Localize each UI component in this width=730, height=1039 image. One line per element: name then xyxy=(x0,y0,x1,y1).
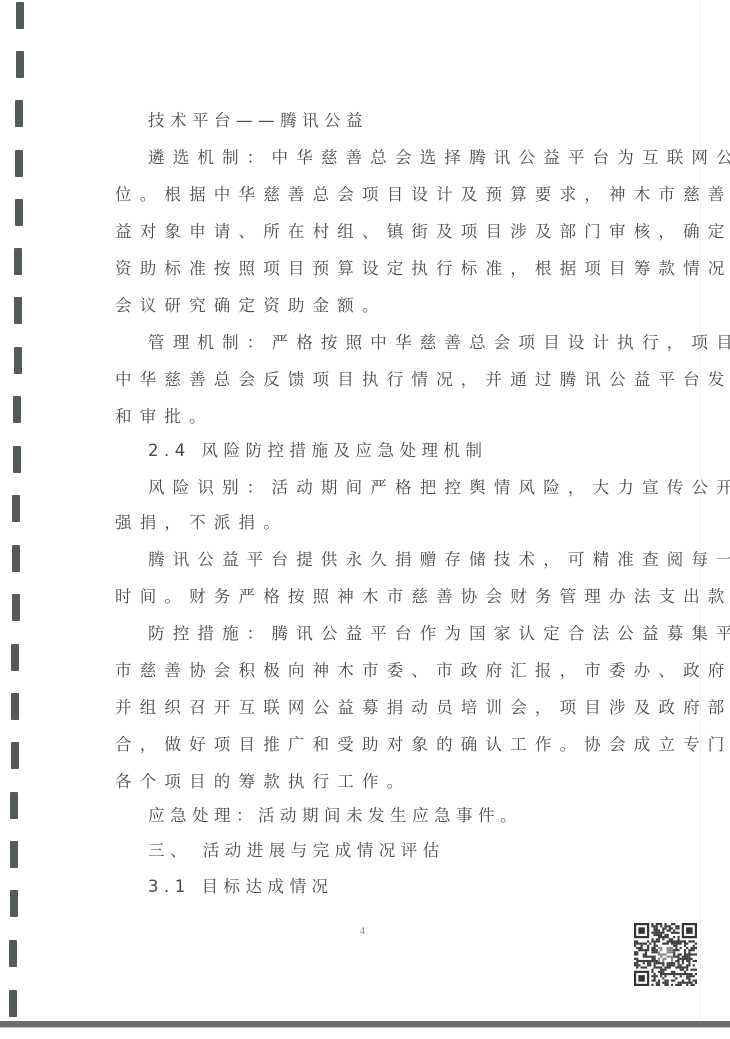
section-heading: 2.4 风险防控措施及应急处理机制 xyxy=(148,440,488,462)
binding-hole-mark xyxy=(14,297,22,324)
binding-hole-mark xyxy=(16,51,24,78)
binding-hole-mark xyxy=(16,2,24,29)
paragraph-line: 并组织召开互联网公益募捐动员培训会，项目涉及政府部门积极配 xyxy=(115,697,730,719)
paragraph-line: 各个项目的筹款执行工作。 xyxy=(115,771,411,793)
binding-hole-mark xyxy=(9,940,17,967)
qr-code xyxy=(634,923,697,986)
binding-hole-mark xyxy=(15,100,23,127)
binding-hole-mark xyxy=(11,742,19,769)
page-number: 4 xyxy=(360,926,365,937)
binding-hole-mark xyxy=(11,693,19,720)
binding-hole-mark xyxy=(13,396,21,423)
binding-hole-mark xyxy=(10,792,18,819)
binding-hole-mark xyxy=(12,495,20,522)
paragraph-line: 遴选机制：中华慈善总会选择腾讯公益平台为互联网公益合作单 xyxy=(148,147,730,169)
section-heading: 技术平台——腾讯公益 xyxy=(148,110,368,132)
paragraph-line: 时间。财务严格按照神木市慈善协会财务管理办法支出款项。 xyxy=(115,586,730,608)
section-heading: 三、 活动进展与完成情况评估 xyxy=(148,840,445,862)
paragraph-line: 位。根据中华慈善总会项目设计及预算要求，神木市慈善协会按照受 xyxy=(115,184,730,206)
paragraph-line: 风险识别：活动期间严格把控舆情风险，大力宣传公开募捐，不 xyxy=(148,477,730,499)
paragraph-line: 会议研究确定资助金额。 xyxy=(115,295,387,317)
paragraph-line: 腾讯公益平台提供永久捐赠存储技术，可精准查阅每一笔捐赠的 xyxy=(148,549,730,571)
binding-hole-mark xyxy=(14,248,22,275)
paragraph-line: 合，做好项目推广和受助对象的确认工作。协会成立专门工作组负责 xyxy=(115,734,730,756)
binding-hole-mark xyxy=(12,545,20,572)
paragraph-line: 防控措施：腾讯公益平台作为国家认定合法公益募集平台，神木 xyxy=(148,623,730,645)
paragraph-line: 管理机制：严格按照中华慈善总会项目设计执行，项目执行后向 xyxy=(148,332,730,354)
paragraph-line: 益对象申请、所在村组、镇街及项目涉及部门审核，确定受益对象。 xyxy=(115,221,730,243)
binding-hole-mark xyxy=(15,150,23,177)
binding-hole-mark xyxy=(9,990,17,1017)
binding-hole-mark xyxy=(10,890,18,917)
binding-hole-mark xyxy=(13,446,21,473)
paragraph-line: 资助标准按照项目预算设定执行标准，根据项目筹款情况，会长办公 xyxy=(115,258,730,280)
binding-hole-mark xyxy=(15,199,23,226)
section-heading: 3.1 目标达成情况 xyxy=(148,876,334,898)
paragraph-line: 市慈善协会积极向神木市委、市政府汇报，市委办、政府办下发文件， xyxy=(115,660,730,682)
binding-hole-mark xyxy=(10,841,18,868)
binding-hole-mark xyxy=(12,594,20,621)
paragraph-line: 和审批。 xyxy=(115,406,214,428)
paragraph-line: 强捐，不派捐。 xyxy=(115,512,288,534)
paragraph-line: 中华慈善总会反馈项目执行情况，并通过腾讯公益平台发布项目进展 xyxy=(115,369,730,391)
binding-hole-mark xyxy=(11,644,19,671)
scan-bottom-bar xyxy=(0,1021,730,1028)
section-heading: 应急处理：活动期间未发生应急事件。 xyxy=(148,805,522,827)
binding-hole-mark xyxy=(14,347,22,374)
